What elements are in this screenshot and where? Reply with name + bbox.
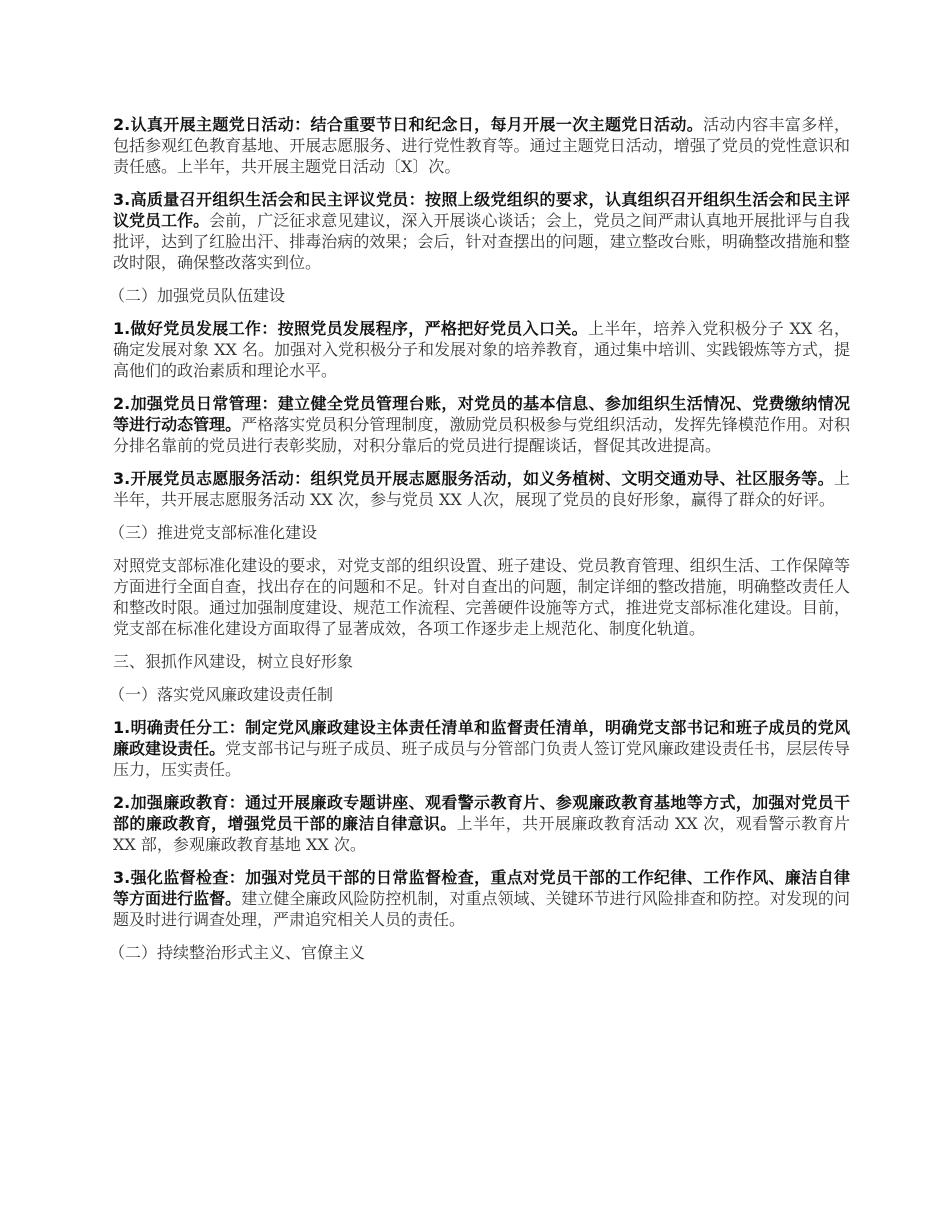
paragraph-member-development: 1.做好党员发展工作：按照党员发展程序，严格把好党员入口关。上半年，培养入党积极… [113,318,850,381]
subheading-member-team-building: （二）加强党员队伍建设 [109,285,850,306]
paragraph-theme-party-day: 2.认真开展主题党日活动：结合重要节日和纪念日，每月开展一次主题党日活动。活动内… [113,114,850,177]
subheading-integrity-responsibility: （一）落实党风廉政建设责任制 [109,684,850,705]
paragraph-lead: 1.做好党员发展工作：按照党员发展程序，严格把好党员入口关。 [113,319,588,338]
subheading-branch-standardization: （三）推进党支部标准化建设 [109,522,850,543]
paragraph-body: 对照党支部标准化建设的要求，对党支部的组织设置、班子建设、党员教育管理、组织生活… [113,556,850,638]
paragraph-integrity-education: 2.加强廉政教育：通过开展廉政专题讲座、观看警示教育片、参观廉政教育基地等方式，… [113,792,850,855]
paragraph-body: 会前，广泛征求意见建议，深入开展谈心谈话；会上，党员之间严肃认真地开展批评与自我… [113,211,850,272]
paragraph-organization-life-meeting: 3.高质量召开组织生活会和民主评议党员：按照上级党组织的要求，认真组织召开组织生… [113,189,850,273]
paragraph-standardization-detail: 对照党支部标准化建设的要求，对党支部的组织设置、班子建设、党员教育管理、组织生活… [113,555,850,639]
paragraph-supervision-inspection: 3.强化监督检查：加强对党员干部的日常监督检查，重点对党员干部的工作纪律、工作作… [113,867,850,930]
paragraph-lead: 2.认真开展主题党日活动：结合重要节日和纪念日，每月开展一次主题党日活动。 [113,115,703,134]
paragraph-responsibility-division: 1.明确责任分工：制定党风廉政建设主体责任清单和监督责任清单，明确党支部书记和班… [113,717,850,780]
paragraph-lead: 3.开展党员志愿服务活动：组织党员开展志愿服务活动，如义务植树、文明交通劝导、社… [113,469,834,488]
document-page: 2.认真开展主题党日活动：结合重要节日和纪念日，每月开展一次主题党日活动。活动内… [113,114,850,975]
subheading-formalism-bureaucracy: （二）持续整治形式主义、官僚主义 [109,942,850,963]
paragraph-volunteer-service: 3.开展党员志愿服务活动：组织党员开展志愿服务活动，如义务植树、文明交通劝导、社… [113,468,850,510]
paragraph-daily-management: 2.加强党员日常管理：建立健全党员管理台账，对党员的基本信息、参加组织生活情况、… [113,393,850,456]
section-heading-work-style: 三、狠抓作风建设，树立良好形象 [113,651,850,672]
